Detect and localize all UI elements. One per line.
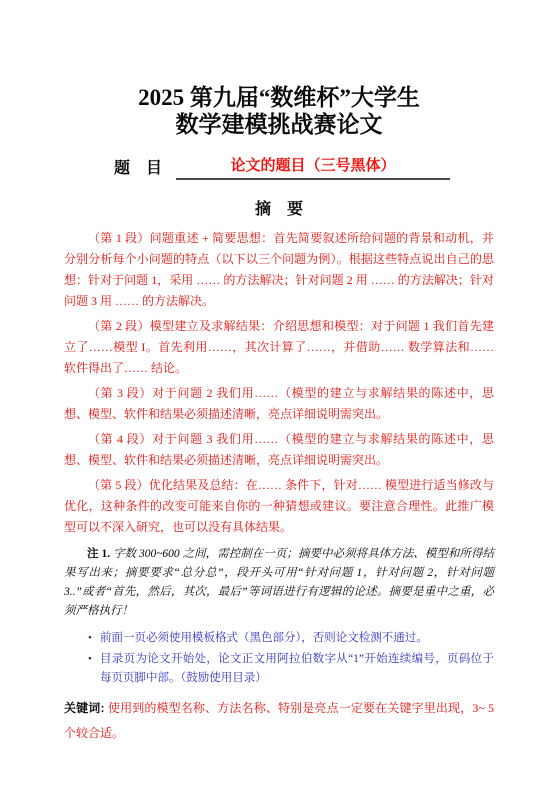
- list-item: • 前面一页必须使用模板格式（黑色部分），否则论文检测不通过。: [88, 629, 494, 648]
- keywords-text: 使用到的模型名称、方法名称、特别是亮点一定要在关键字里出现，3~ 5 个较合适。: [64, 701, 494, 740]
- bullet-icon: •: [88, 629, 92, 648]
- note-text: 字数 300~600 之间，需控制在一页；摘要中必须将具体方法、模型和所得结果写…: [64, 548, 494, 617]
- paper-title-field-row: 题 目 论文的题目（三号黑体）: [64, 154, 494, 180]
- paper-title-field-value: 论文的题目（三号黑体）: [231, 157, 396, 174]
- abstract-paragraph-5: （第 5 段）优化结果及总结：在…… 条件下，针对…… 模型进行适当修改与优化，…: [64, 475, 494, 538]
- keywords-label: 关键词:: [64, 701, 108, 715]
- abstract-paragraph-3: （第 3 段）对于问题 2 我们用……（模型的建立与求解结果的陈述中，思想、模型…: [64, 383, 494, 425]
- bullet-icon: •: [88, 650, 92, 669]
- list-item-text: 前面一页必须使用模板格式（黑色部分），否则论文检测不通过。: [100, 632, 428, 644]
- paper-title-underline: 论文的题目（三号黑体）: [176, 154, 450, 180]
- competition-title-line1: 2025 第九届“数维杯”大学生: [64, 84, 494, 111]
- note-label: 注 1.: [87, 548, 113, 560]
- paper-page: 2025 第九届“数维杯”大学生 数学建模挑战赛论文 题 目 论文的题目（三号黑…: [0, 0, 558, 789]
- paper-title-field-label: 题 目: [114, 155, 162, 180]
- abstract-paragraph-2: （第 2 段）模型建立及求解结果：介绍思想和模型：对于问题 1 我们首先建立了……: [64, 316, 494, 379]
- abstract-heading: 摘 要: [64, 196, 494, 219]
- list-item-text: 目录页为论文开始处，论文正文用阿拉伯数字从“1”开始连续编号，页码位于每页页脚中…: [100, 653, 494, 684]
- competition-title-line2: 数学建模挑战赛论文: [64, 111, 494, 138]
- abstract-body: （第 1 段）问题重述 + 简要思想：首先简要叙述所给问题的背景和动机，并分别分…: [64, 228, 494, 538]
- abstract-paragraph-4: （第 4 段）对于问题 3 我们用……（模型的建立与求解结果的陈述中，思想、模型…: [64, 429, 494, 471]
- keywords-row: 关键词: 使用到的模型名称、方法名称、特别是亮点一定要在关键字里出现，3~ 5 …: [64, 696, 494, 746]
- note-paragraph: 注 1. 字数 300~600 之间，需控制在一页；摘要中必须将具体方法、模型和…: [64, 545, 494, 621]
- blue-notes-list: • 前面一页必须使用模板格式（黑色部分），否则论文检测不通过。 • 目录页为论文…: [64, 629, 494, 688]
- competition-title: 2025 第九届“数维杯”大学生 数学建模挑战赛论文: [64, 84, 494, 138]
- list-item: • 目录页为论文开始处，论文正文用阿拉伯数字从“1”开始连续编号，页码位于每页页…: [88, 650, 494, 688]
- abstract-paragraph-1: （第 1 段）问题重述 + 简要思想：首先简要叙述所给问题的背景和动机，并分别分…: [64, 228, 494, 312]
